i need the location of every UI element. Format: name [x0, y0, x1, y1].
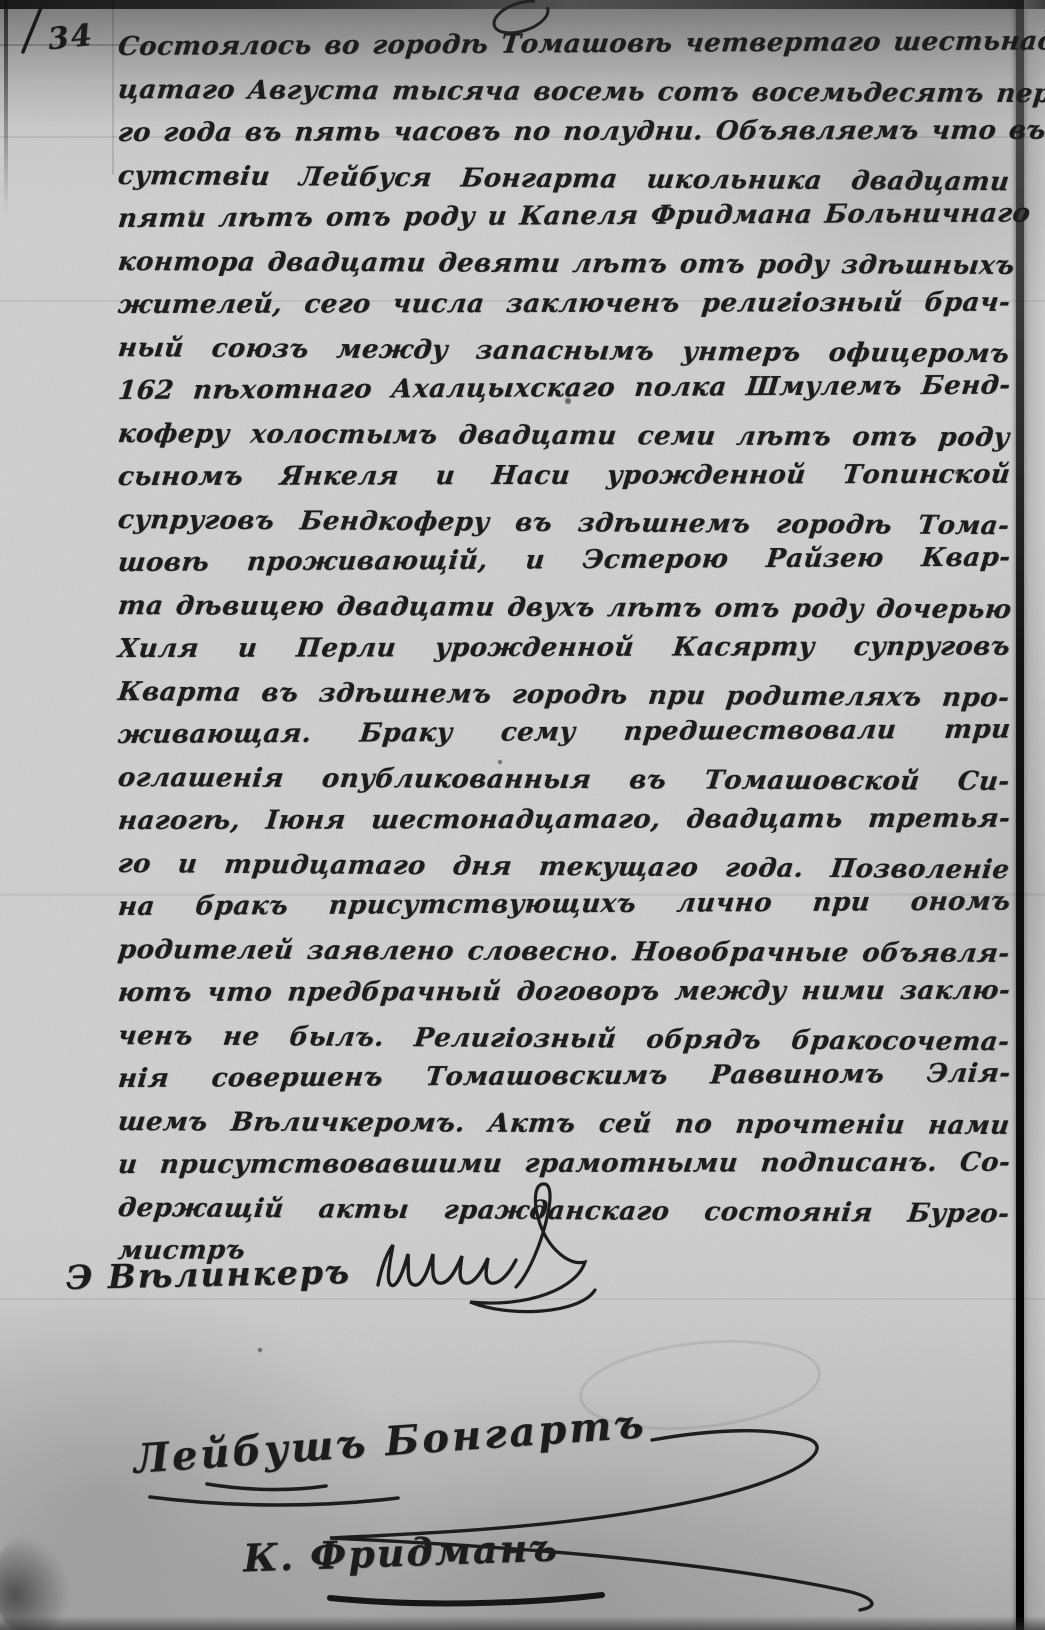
- document-scan-page: 34 Состоялось во городѣ Томашовѣ четверт…: [0, 0, 1045, 1630]
- photocopy-noise-overlay: [0, 0, 1045, 1630]
